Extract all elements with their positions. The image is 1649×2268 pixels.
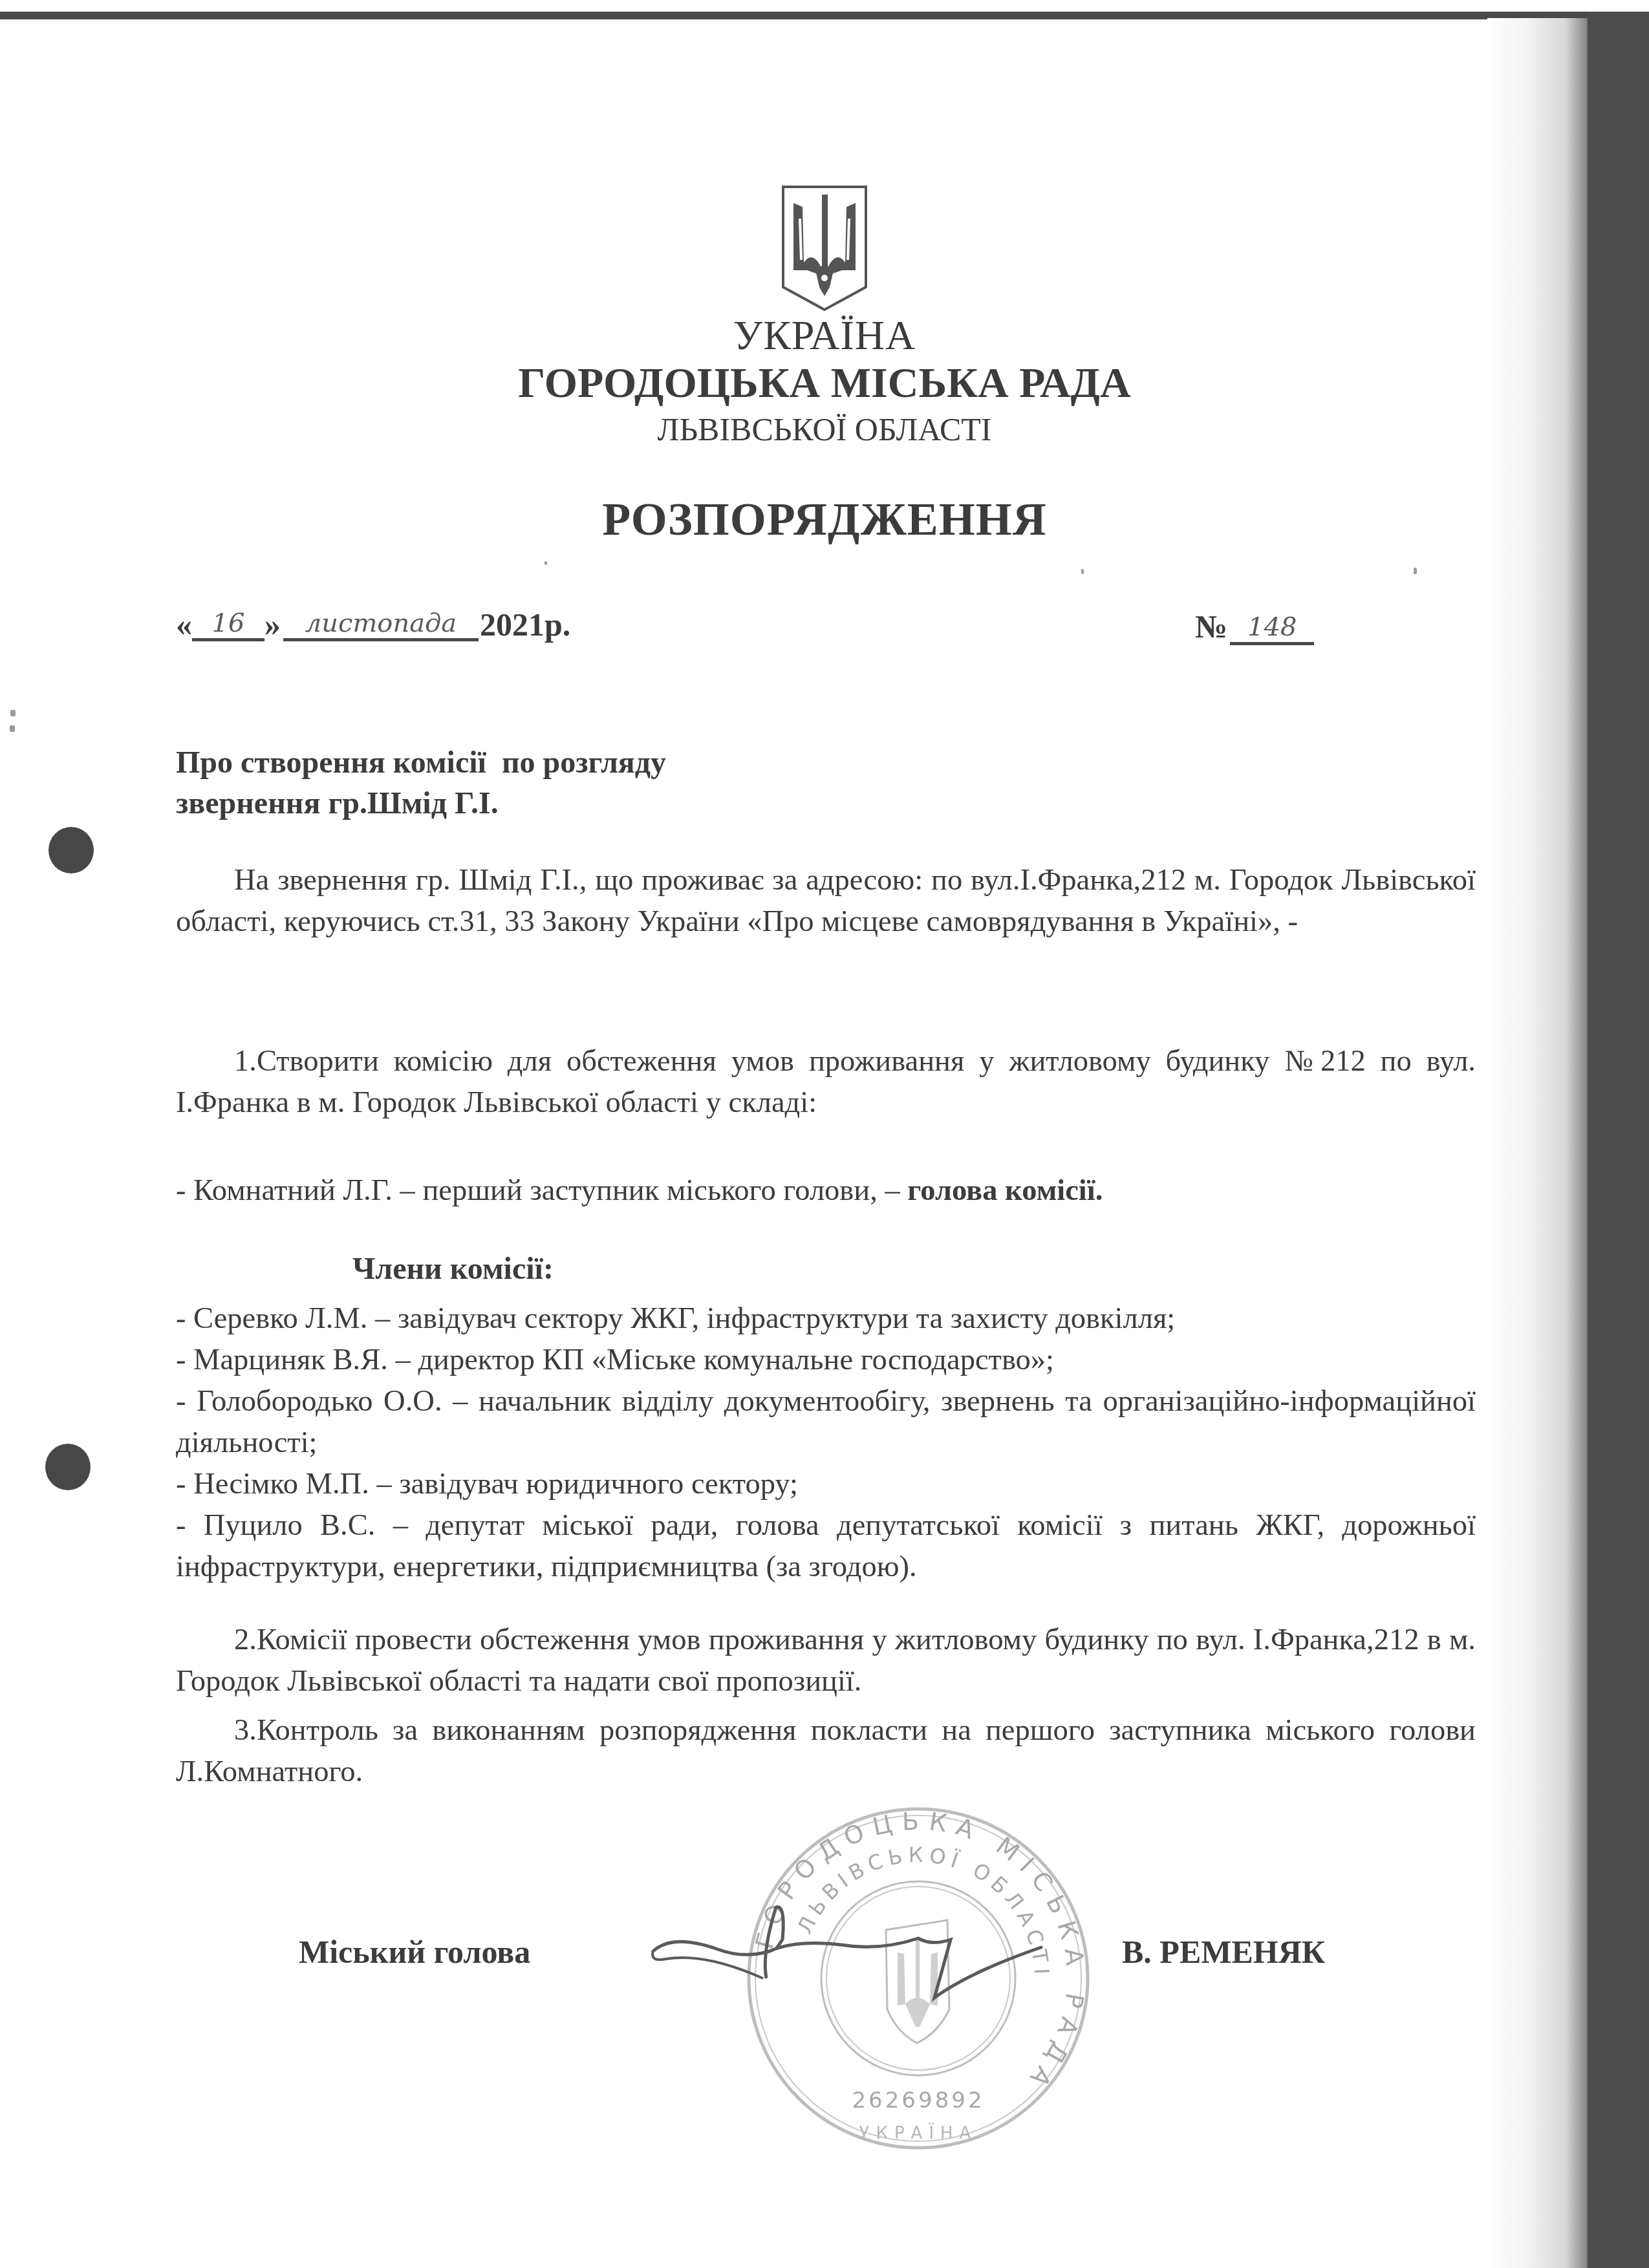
document-number: № 148 xyxy=(1195,608,1314,645)
document-date: « 16 » листопада 2021р. xyxy=(176,608,570,641)
date-month-handwritten: листопада xyxy=(283,608,479,641)
item-1-paragraph: 1.Створити комісію для обстеження умов п… xyxy=(176,1041,1476,1124)
signatory-name: В. РЕМЕНЯК xyxy=(1122,1933,1325,1971)
scan-speck xyxy=(1414,568,1417,574)
trident-emblem-icon xyxy=(781,185,868,312)
item-2-paragraph: 2.Комісії провести обстеження умов прожи… xyxy=(176,1620,1476,1702)
date-open-quote: « xyxy=(176,608,192,641)
punch-hole-bottom xyxy=(45,1444,91,1490)
commission-chair: - Комнатний Л.Г. – перший заступник місь… xyxy=(176,1170,1476,1212)
item-3-paragraph: 3.Контроль за виконанням розпорядження п… xyxy=(176,1710,1476,1793)
scan-edge-top xyxy=(0,12,1649,19)
chair-text: - Комнатний Л.Г. – перший заступник місь… xyxy=(176,1174,907,1207)
scan-speck xyxy=(1081,569,1084,574)
document-type-title: РОЗПОРЯДЖЕННЯ xyxy=(0,493,1649,546)
member-item: - Серевко Л.М. – завідувач сектору ЖКГ, … xyxy=(176,1298,1476,1340)
header-council: ГОРОДОЦЬКА МІСЬКА РАДА xyxy=(0,359,1649,408)
date-day-handwritten: 16 xyxy=(192,608,264,641)
number-value-handwritten: 148 xyxy=(1230,612,1314,645)
member-item: - Марциняк В.Я. – директор КП «Міське ко… xyxy=(176,1340,1476,1381)
date-year: 2021р. xyxy=(480,608,570,641)
header-region: ЛЬВІВСЬКОЇ ОБЛАСТІ xyxy=(0,411,1649,448)
preamble-paragraph: На звернення гр. Шмід Г.І., що проживає … xyxy=(176,860,1476,943)
signatory-title: Міський голова xyxy=(299,1933,530,1971)
member-item: - Голобородько О.О. – начальник відділу … xyxy=(176,1381,1476,1464)
scan-speck xyxy=(10,710,16,716)
members-list: - Серевко Л.М. – завідувач сектору ЖКГ, … xyxy=(176,1298,1476,1588)
svg-text:УКРАЇНА: УКРАЇНА xyxy=(859,2123,978,2143)
date-close-quote: » xyxy=(264,608,281,641)
member-item: - Несімко М.П. – завідувач юридичного се… xyxy=(176,1464,1476,1505)
subject-line-2: звернення гр.Шмід Г.І. xyxy=(176,783,887,824)
number-label: № xyxy=(1195,608,1227,645)
chair-role: голова комісії. xyxy=(907,1174,1103,1207)
member-item: - Пуцило В.С. – депутат міської ради, го… xyxy=(176,1505,1476,1588)
scan-speck xyxy=(544,561,547,565)
header-country: УКРАЇНА xyxy=(0,312,1649,359)
scan-speck xyxy=(10,725,15,732)
svg-text:26269892: 26269892 xyxy=(852,2088,984,2113)
scan-margin-top xyxy=(0,0,1649,12)
members-title: Члени комісії: xyxy=(352,1251,554,1287)
punch-hole-top xyxy=(48,827,94,873)
document-subject: Про створення комісії по розгляду зверне… xyxy=(176,742,887,824)
handwritten-signature-icon xyxy=(647,1888,1086,2017)
subject-line-1: Про створення комісії по розгляду xyxy=(176,742,887,783)
